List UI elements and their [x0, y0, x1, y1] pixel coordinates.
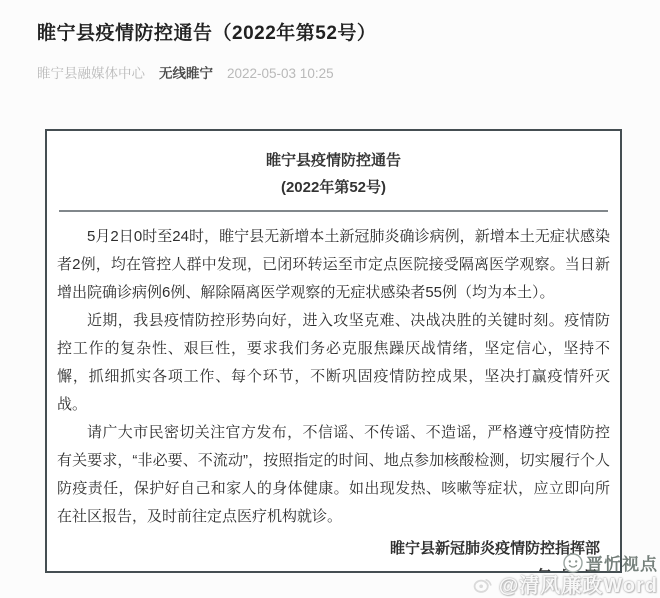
notice-body: 5月2日0时至24时，睢宁县无新增本土新冠肺炎确诊病例，新增本土无症状感染者2例… — [57, 223, 610, 531]
notice-date: 2022年5月3日 — [57, 563, 610, 573]
article-page: 睢宁县疫情防控通告（2022年第52号） 睢宁县融媒体中心 无线睢宁 2022-… — [0, 0, 660, 598]
meta-source-label: 睢宁县融媒体中心 — [37, 62, 145, 82]
watermark-weibo-handle: @清风廉政Word — [471, 569, 658, 598]
weibo-eye-icon — [471, 573, 495, 595]
notice-document-box: 睢宁县疫情防控通告 (2022年第52号) 5月2日0时至24时，睢宁县无新增本… — [45, 129, 622, 573]
notice-paragraph-1: 5月2日0时至24时，睢宁县无新增本土新冠肺炎确诊病例，新增本土无症状感染者2例… — [57, 223, 610, 307]
notice-heading-line2: (2022年第52号) — [57, 174, 610, 201]
meta-timestamp: 2022-05-03 10:25 — [227, 66, 334, 81]
article-meta: 睢宁县融媒体中心 无线睢宁 2022-05-03 10:25 — [37, 62, 334, 82]
meta-channel-link[interactable]: 无线睢宁 — [159, 62, 213, 82]
notice-signature: 睢宁县新冠肺炎疫情防控指挥部 — [57, 535, 610, 563]
page-title: 睢宁县疫情防控通告（2022年第52号） — [37, 18, 376, 45]
watermark-handle-text: @清风廉政Word — [499, 569, 658, 598]
heading-divider — [59, 210, 608, 212]
notice-heading-line1: 睢宁县疫情防控通告 — [57, 147, 610, 174]
notice-paragraph-3: 请广大市民密切关注官方发布，不信谣、不传谣、不造谣，严格遵守疫情防控有关要求，“… — [57, 419, 610, 531]
notice-paragraph-2: 近期，我县疫情防控形势向好，进入攻坚克难、决战决胜的关键时刻。疫情防控工作的复杂… — [57, 307, 610, 419]
